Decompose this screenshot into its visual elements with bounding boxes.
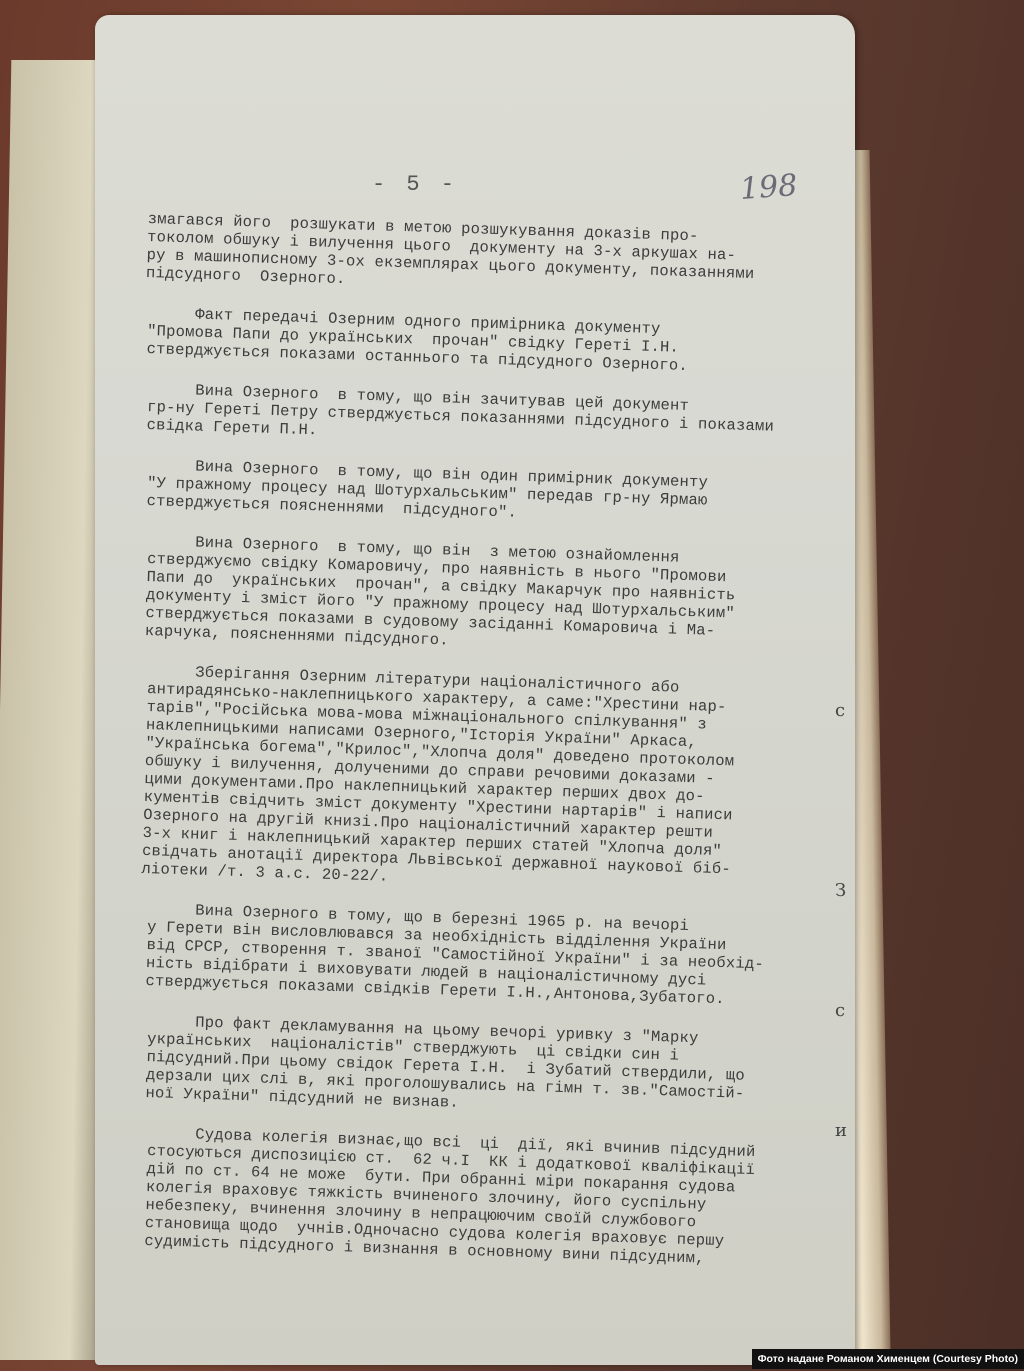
archive-folio-number: 198 bbox=[739, 168, 799, 207]
photo-credit-caption: Фото надане Романом Хименцем (Courtesy P… bbox=[752, 1349, 1024, 1369]
paragraph: змагався його розшукати в метою розшукув… bbox=[146, 210, 808, 303]
margin-mark: с bbox=[835, 1000, 845, 1021]
paragraph: Про факт декламування на цьому вечорі ур… bbox=[145, 1012, 808, 1123]
paragraph: Факт передачі Озерним одного примірника … bbox=[146, 304, 807, 379]
paragraph: Зберігання Озерним літератури націоналіс… bbox=[141, 662, 807, 899]
paragraph: Вина Озерного в тому, що він один примір… bbox=[146, 456, 807, 531]
margin-mark: З bbox=[835, 880, 846, 901]
margin-mark: с bbox=[835, 700, 845, 721]
typewritten-text: змагався його розшукати в метою розшукув… bbox=[148, 210, 808, 1272]
paragraph: Вина Озерного в тому, що він з метою озн… bbox=[145, 532, 808, 661]
page-number: - 5 - bbox=[372, 172, 458, 197]
margin-mark: и bbox=[835, 1120, 847, 1141]
paragraph: Вина Озерного в тому, що в березні 1965 … bbox=[145, 900, 808, 1011]
paragraph: Вина Озерного в тому, що він зачитував ц… bbox=[146, 380, 807, 455]
paragraph: Судова колегія визнає,що всі ці дії, які… bbox=[144, 1124, 808, 1271]
